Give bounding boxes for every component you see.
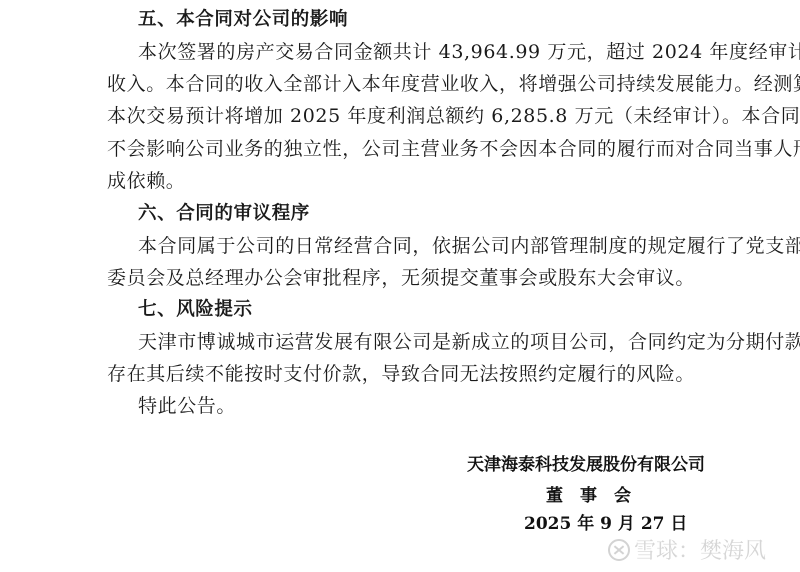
closing-text: 特此公告。 (138, 395, 236, 417)
signature-company: 天津海泰科技发展股份有限公司 (467, 454, 705, 476)
paragraph-line: 委员会及总经理办公会审批程序，无须提交董事会或股东大会审议。 (107, 267, 695, 289)
section-heading-7: 七、风险提示 (138, 299, 253, 321)
paragraph-line: 存在其后续不能按时支付价款，导致合同无法按照约定履行的风险。 (107, 363, 695, 385)
signature-board: 董 事 会 (546, 485, 631, 507)
paragraph-line: 本次签署的房产交易合同金额共计 43,964.99 万元，超过 2024 年度经… (138, 41, 695, 63)
paragraph-line: 天津市博诚城市运营发展有限公司是新成立的项目公司，合同约定为分期付款， (138, 331, 695, 353)
paragraph-line: 成依赖。 (107, 170, 185, 192)
section-heading-6: 六、合同的审议程序 (138, 203, 310, 225)
section-heading-5: 五、本合同对公司的影响 (138, 9, 348, 31)
paragraph-line: 本次交易预计将增加 2025 年度利润总额约 6,285.8 万元（未经审计）。… (107, 105, 695, 127)
paragraph-line: 收入。本合同的收入全部计入本年度营业收入，将增强公司持续发展能力。经测算， (107, 73, 695, 95)
xueqiu-logo-icon (608, 539, 630, 561)
paragraph-line: 本合同属于公司的日常经营合同，依据公司内部管理制度的规定履行了党支部 (138, 235, 695, 257)
watermark: 雪球：樊海风 (608, 534, 766, 565)
signature-date: 2025 年 9 月 27 日 (524, 513, 687, 535)
watermark-text: 雪球：樊海风 (634, 534, 766, 565)
paragraph-line: 不会影响公司业务的独立性，公司主营业务不会因本合同的履行而对合同当事人形 (107, 138, 695, 160)
